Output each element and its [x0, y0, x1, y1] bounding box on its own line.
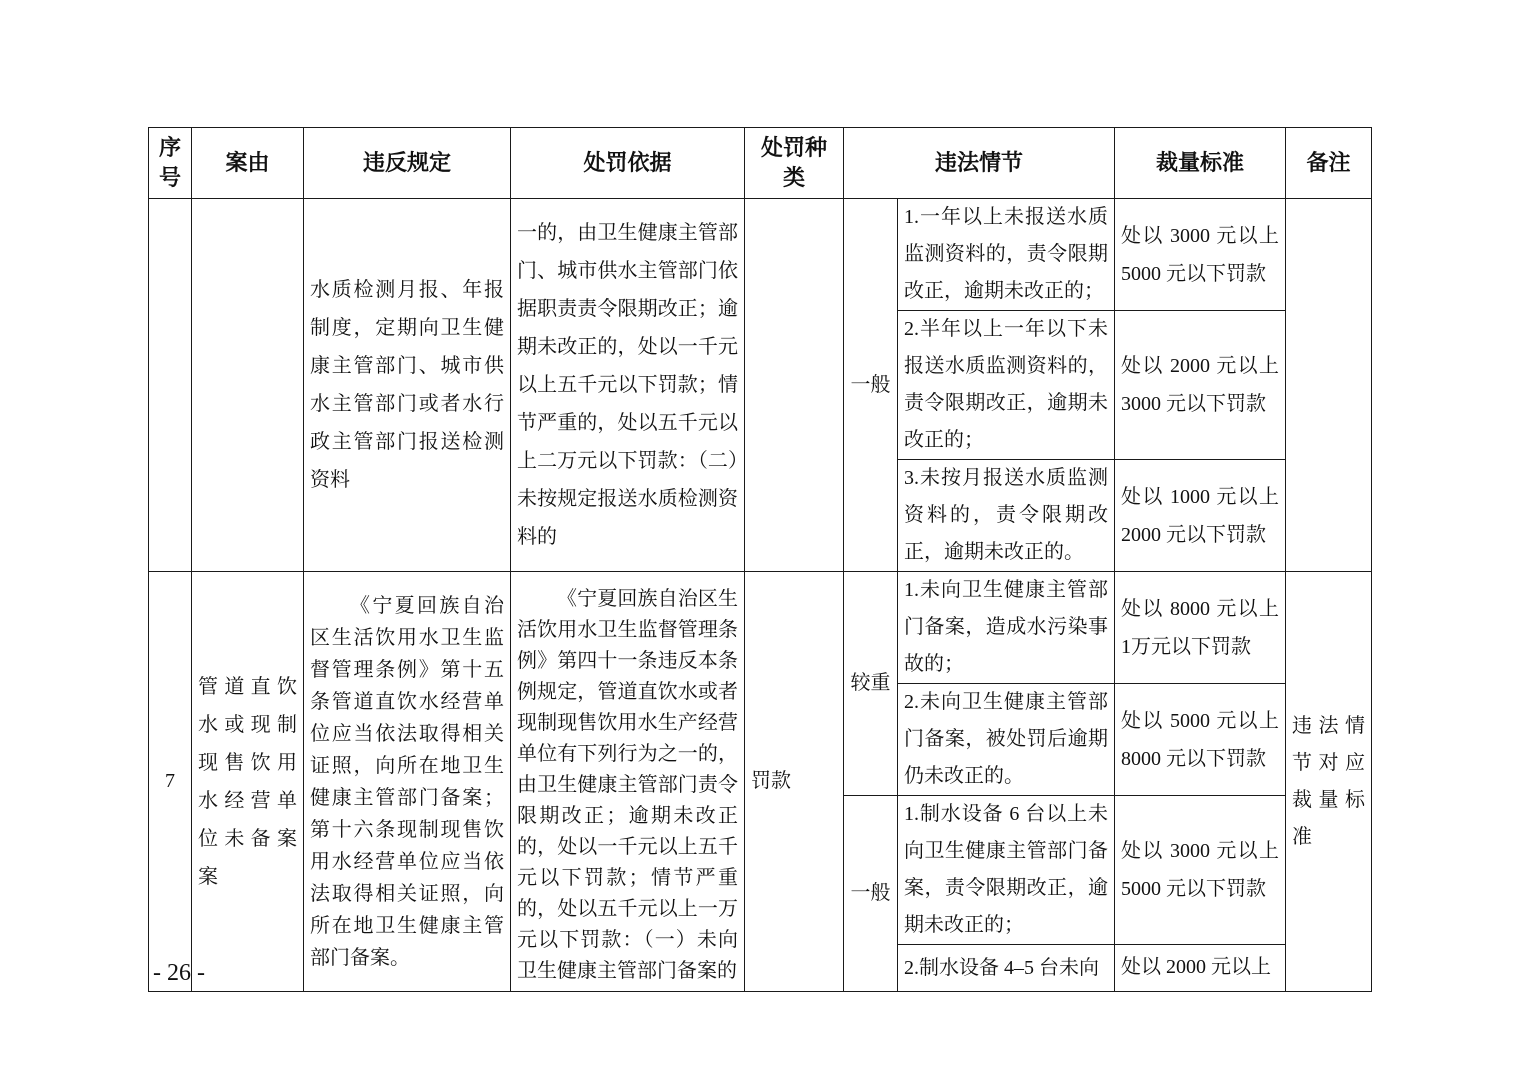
header-penalty-type: 处罚种类: [745, 128, 844, 199]
cell-severity-level: 一般: [844, 796, 898, 992]
table-header-row: 序号 案由 违反规定 处罚依据 处罚种类 违法情节 裁量标准 备注: [149, 128, 1372, 199]
cell-severity-level: 较重: [844, 572, 898, 796]
header-discretion-standard: 裁量标准: [1115, 128, 1286, 199]
cell-case-title: [192, 199, 304, 572]
cell-severity-level: 一般: [844, 199, 898, 572]
cell-violation-circumstance: 2.未向卫生健康主管部门备案，被处罚后逾期仍未改正的。: [898, 684, 1115, 796]
cell-violated-provision: 《宁夏回族自治区生活饮用水卫生监督管理条例》第十五条管道直饮水经营单位应当依法取…: [304, 572, 511, 992]
cell-discretion-standard: 处以 2000 元以上: [1115, 945, 1286, 992]
cell-case-title: 管道直饮水或现制现售饮用水经营单位未备案案: [192, 572, 304, 992]
cell-penalty-basis: 一的，由卫生健康主管部门、城市供水主管部门依据职责责令限期改正；逾期未改正的，处…: [511, 199, 745, 572]
document-page: 序号 案由 违反规定 处罚依据 处罚种类 违法情节 裁量标准 备注 水质检测月报…: [0, 0, 1520, 1074]
cell-violation-circumstance: 3.未按月报送水质监测资料的，责令限期改正，逾期未改正的。: [898, 460, 1115, 572]
cell-discretion-standard: 处以 8000 元以上 1万元以下罚款: [1115, 572, 1286, 684]
table-row: 7 管道直饮水或现制现售饮用水经营单位未备案案 《宁夏回族自治区生活饮用水卫生监…: [149, 572, 1372, 684]
cell-violation-circumstance: 1.未向卫生健康主管部门备案，造成水污染事故的；: [898, 572, 1115, 684]
header-case: 案由: [192, 128, 304, 199]
page-number: - 26 -: [153, 960, 205, 987]
cell-remark: [1286, 199, 1372, 572]
cell-discretion-standard: 处以 5000 元以上8000 元以下罚款: [1115, 684, 1286, 796]
cell-violation-circumstance: 1.一年以上未报送水质监测资料的，责令限期改正，逾期未改正的；: [898, 199, 1115, 311]
header-remark: 备注: [1286, 128, 1372, 199]
cell-discretion-standard: 处以 1000 元以上2000 元以下罚款: [1115, 460, 1286, 572]
cell-discretion-standard: 处以 3000 元以上5000 元以下罚款: [1115, 199, 1286, 311]
header-serial-no: 序号: [149, 128, 192, 199]
cell-violation-circumstance: 2.制水设备 4–5 台未向: [898, 945, 1115, 992]
cell-penalty-type: 罚款: [745, 572, 844, 992]
cell-serial-number: [149, 199, 192, 572]
cell-violated-provision: 水质检测月报、年报制度，定期向卫生健康主管部门、城市供水主管部门或者水行政主管部…: [304, 199, 511, 572]
header-violated-provision: 违反规定: [304, 128, 511, 199]
cell-penalty-type: [745, 199, 844, 572]
cell-penalty-basis: 《宁夏回族自治区生活饮用水卫生监督管理条例》第四十一条违反本条例规定，管道直饮水…: [511, 572, 745, 992]
cell-violation-circumstance: 1.制水设备 6 台以上未向卫生健康主管部门备案，责令限期改正，逾期未改正的；: [898, 796, 1115, 945]
cell-remark: 违法情节对应裁量标准: [1286, 572, 1372, 992]
cell-discretion-standard: 处以 3000 元以上5000 元以下罚款: [1115, 796, 1286, 945]
cell-serial-number: 7: [149, 572, 192, 992]
header-penalty-basis: 处罚依据: [511, 128, 745, 199]
header-circumstances: 违法情节: [844, 128, 1115, 199]
table-row: 水质检测月报、年报制度，定期向卫生健康主管部门、城市供水主管部门或者水行政主管部…: [149, 199, 1372, 311]
cell-discretion-standard: 处以 2000 元以上3000 元以下罚款: [1115, 311, 1286, 460]
penalty-discretion-table: 序号 案由 违反规定 处罚依据 处罚种类 违法情节 裁量标准 备注 水质检测月报…: [148, 127, 1372, 992]
cell-violation-circumstance: 2.半年以上一年以下未报送水质监测资料的，责令限期改正，逾期未改正的；: [898, 311, 1115, 460]
